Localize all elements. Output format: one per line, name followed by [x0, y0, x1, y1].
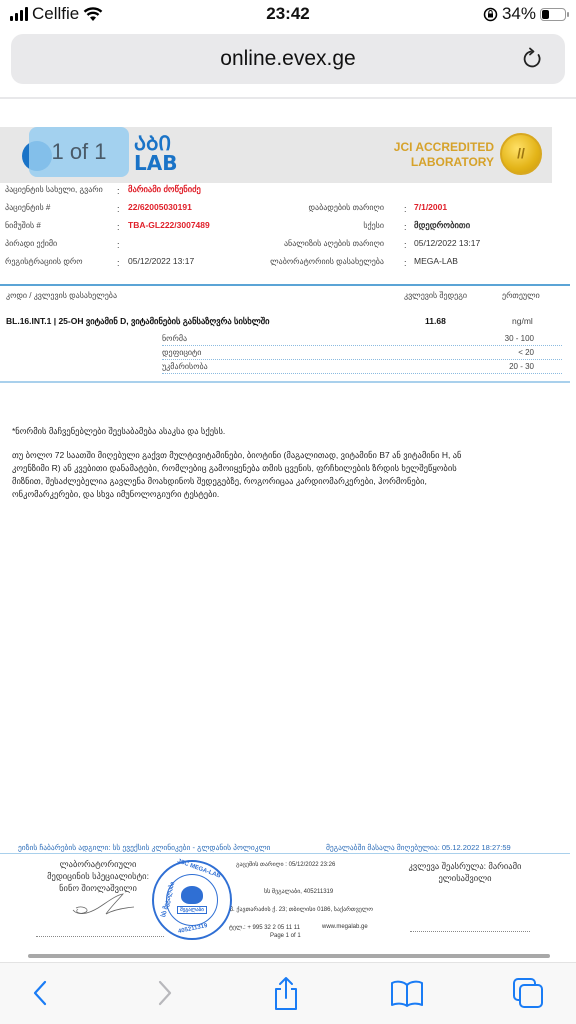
signature-line [36, 936, 164, 937]
chevron-left-icon [30, 978, 50, 1008]
label-sample-date: ანალიზის აღების თარიღი [284, 239, 384, 248]
test-name: BL.16.INT.1 | 25-OH ვიტამინ D, ვიტამინებ… [6, 316, 270, 327]
header-code-name: კოდი / კვლევის დასახელება [6, 291, 117, 300]
status-right: 34% [483, 4, 566, 24]
company-phone: ტელ.: + 995 32 2 05 11 11 [229, 924, 300, 931]
table-bottom-border [0, 381, 570, 383]
colon: : [117, 258, 120, 268]
tabs-icon [512, 977, 544, 1009]
lab-report-document: ᲐᲑᲘ LAB JCI ACCREDITED LABORATORY 1 of 1… [0, 100, 576, 960]
value-lab-name: MEGA-LAB [414, 256, 458, 266]
chevron-right-icon [155, 978, 175, 1008]
label-lab-name: ლაბორატორიის დასახელება [270, 257, 384, 266]
value-gender: მდედრობითი [414, 220, 470, 231]
battery-percent: 34% [502, 4, 536, 24]
performed-by: კვლევა შეასრულა: მარიამი ელისაშვილი [395, 860, 535, 884]
label-sample-id: ნიმუშის # [5, 221, 41, 230]
logo-line-1: ᲐᲑᲘ [134, 133, 177, 153]
label-patient-id: პაციენტის # [5, 203, 50, 212]
status-bar: Cellfie 23:42 34% [0, 0, 576, 32]
note-norms: *ნორმის მაჩვენებლები შეესაბამება ასაკსა … [12, 425, 462, 438]
page-number: Page 1 of 1 [270, 933, 301, 939]
range-value: 30 - 100 [505, 334, 534, 343]
jci-line-2: LABORATORY [394, 155, 494, 170]
horizontal-scrollbar[interactable] [28, 954, 550, 958]
label-patient-name: პაციენტის სახელი, გვარი [5, 185, 103, 194]
stamp-center-text: მეგალაბი [177, 906, 207, 914]
footer-separator [0, 853, 570, 854]
company-stamp: JSC MEGA-LAB სს მეგალაბი 405211319 მეგალ… [152, 860, 232, 940]
performer-signature-line [410, 931, 530, 932]
address-bar[interactable]: online.evex.ge [11, 34, 565, 84]
test-result: 11.68 [425, 316, 446, 326]
range-row: უკმარისობა 20 - 30 [162, 361, 562, 374]
company-website[interactable]: www.megalab.ge [322, 924, 368, 930]
colon: : [404, 204, 407, 214]
range-label: დეფიციტი [162, 348, 201, 357]
label-birth-date: დაბადების თარიღი [308, 203, 384, 212]
battery-fill [542, 10, 549, 19]
battery-icon [540, 8, 566, 21]
share-button[interactable] [266, 973, 306, 1013]
colon: : [404, 222, 407, 232]
value-birth-date: 7/1/2001 [414, 202, 447, 212]
jci-line-1: JCI ACCREDITED [394, 140, 494, 155]
issue-date: გაცემის თარიღი : 05/12/2022 23:26 [236, 861, 335, 868]
share-icon [272, 975, 300, 1011]
jci-seal-icon [500, 133, 542, 175]
range-label: უკმარისობა [162, 362, 208, 371]
stamp-center: მეგალაბი [166, 874, 218, 926]
value-registration-time: 05/12/2022 13:17 [128, 256, 194, 266]
jci-accreditation-text: JCI ACCREDITED LABORATORY [394, 140, 494, 170]
megalab-logo-text: ᲐᲑᲘ LAB [134, 133, 177, 173]
range-value: 20 - 30 [509, 362, 534, 371]
back-button[interactable] [20, 973, 60, 1013]
book-icon [390, 979, 424, 1007]
label-registration-time: რეგისტრაციის დრო [5, 257, 83, 266]
sample-place: ეიზის ჩაბარების ადგილი: სს ევექსის კლინი… [18, 843, 270, 852]
logo-line-2: LAB [134, 153, 177, 173]
signature-image [68, 890, 138, 920]
range-row: დეფიციტი < 20 [162, 347, 562, 360]
note-supplements: თუ ბოლო 72 საათში მიღებული გაქვთ მულტივი… [12, 449, 462, 501]
value-sample-date: 05/12/2022 13:17 [414, 238, 480, 248]
colon: : [117, 204, 120, 214]
browser-bottom-toolbar [0, 962, 576, 1024]
stamp-logo-icon [181, 886, 203, 904]
colon: : [404, 240, 407, 250]
range-value: < 20 [518, 348, 534, 357]
colon: : [404, 258, 407, 268]
specialist-name: ლაბორატორიული მედიცინის სპეციალისტი: ნინ… [38, 858, 158, 894]
orientation-lock-icon [483, 7, 498, 22]
value-sample-id: TBA-GL222/3007489 [128, 220, 210, 230]
url-text[interactable]: online.evex.ge [11, 47, 565, 71]
company-id: სს მეგალაბი, 405211319 [264, 888, 333, 895]
table-top-border [0, 284, 570, 286]
header-unit: ერთეული [502, 291, 540, 300]
toolbar-separator [0, 97, 576, 99]
tabs-button[interactable] [508, 973, 548, 1013]
page-indicator: 1 of 1 [29, 127, 129, 177]
reload-icon[interactable] [521, 47, 545, 71]
label-personal-doctor: პირადი ექიმი [5, 239, 57, 248]
colon: : [117, 222, 120, 232]
value-patient-name: მარიამი ძოწენიძე [128, 184, 201, 195]
header-result: კვლევის შედეგი [404, 291, 467, 300]
colon: : [117, 240, 120, 250]
report-notes: *ნორმის მაჩვენებლები შეესაბამება ასაკსა … [12, 425, 462, 501]
range-label: ნორმა [162, 334, 187, 343]
forward-button[interactable] [145, 973, 185, 1013]
range-row: ნორმა 30 - 100 [162, 333, 562, 346]
material-received: მეგალაბში მასალა მიღებულია: 05.12.2022 1… [326, 843, 511, 852]
bookmarks-button[interactable] [387, 973, 427, 1013]
colon: : [117, 186, 120, 196]
value-patient-id: 22/62005030191 [128, 202, 192, 212]
company-address: პ. ქავთარაძის ქ. 23; თბილისი 0186, საქარ… [230, 906, 373, 913]
test-unit: ng/ml [512, 316, 533, 326]
label-gender: სქესი [363, 221, 384, 230]
